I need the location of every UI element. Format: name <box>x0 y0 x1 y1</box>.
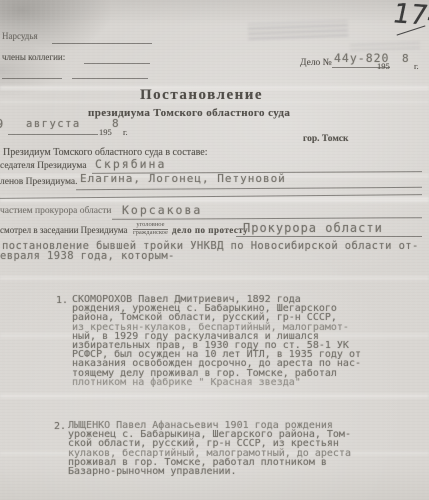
members-row-label: ленов Президиума. <box>0 177 78 187</box>
members-label: члены коллегии: <box>2 52 65 62</box>
case-kind-fraction: уголовное гражданское <box>133 222 168 237</box>
judge-label: Нарсудья <box>2 31 38 41</box>
city-label: гор. Томск <box>303 134 349 144</box>
person-line: Базарно-рыночном управлении. <box>68 467 351 476</box>
date-year-digit: 8 <box>112 117 119 130</box>
date-month: августа <box>26 118 81 130</box>
date-day: 9 <box>0 117 3 131</box>
prosecutor-name: Корсакова <box>122 203 202 217</box>
case-kind-civil: гражданское <box>133 229 168 236</box>
scanned-document-page: 174 Нарсудья члены коллегии: Дело № 44у-… <box>0 0 429 500</box>
date-year-prefix: 195 <box>99 127 112 137</box>
faint-stamp <box>248 20 348 39</box>
hearing-label: смотрел в заседании Президиума <box>0 225 128 235</box>
chairman-name: Скрябина <box>95 157 166 171</box>
case-year-prefix: 195 <box>377 61 390 71</box>
continuation-underline <box>0 194 422 199</box>
members-names: Елагина, Логонец, Петуновой <box>80 172 286 185</box>
prosecutor-label: частием прокурора области <box>0 206 111 216</box>
person-line: кулаков, беспартийный, малограмотный, до… <box>68 449 351 458</box>
members-blank-line <box>84 63 150 64</box>
judge-blank-line <box>52 43 152 44</box>
extra-blank-line <box>2 78 62 79</box>
protest-underline <box>236 236 422 237</box>
case-year-suffix: г. <box>414 61 419 71</box>
protest-author: Прокурора области <box>243 221 383 235</box>
faint-stamp <box>350 41 420 51</box>
subject-line-2: евраля 1938 года, которым- <box>0 250 175 262</box>
date-year-suffix: г. <box>123 127 128 137</box>
person-line: ЛЫЩЕНКО Павел Афанасьевич 1901 года рожд… <box>68 421 351 430</box>
chairman-label: седателя Президиума <box>0 161 87 171</box>
prosecutor-underline <box>112 217 422 220</box>
handwritten-page-number: 174 <box>390 0 429 33</box>
doc-title: Постановление <box>140 87 263 104</box>
case-label: Дело № <box>300 58 332 68</box>
person-2-paragraph: ЛЫЩЕНКО Павел Афанасьевич 1901 года рожд… <box>68 421 351 476</box>
scan-streak <box>0 276 429 280</box>
hearing-middle-label: дело по протесту <box>172 225 248 235</box>
person-2-number: 2. <box>54 421 66 432</box>
members-underline <box>76 187 422 190</box>
case-year-digit: 8 <box>402 52 409 65</box>
extra-blank-line <box>72 78 148 79</box>
person-line: из крестьян-кулаков, беспартийный, малог… <box>72 323 361 332</box>
person-1-number: 1. <box>56 295 68 306</box>
person-1-paragraph: СКОМОРОХОВ Павел Дмитриевич, 1892 года р… <box>72 295 361 387</box>
scan-streak <box>0 394 429 398</box>
person-line: плотником на фабрике " Красная звезда" <box>72 378 361 387</box>
date-underline <box>8 134 98 135</box>
